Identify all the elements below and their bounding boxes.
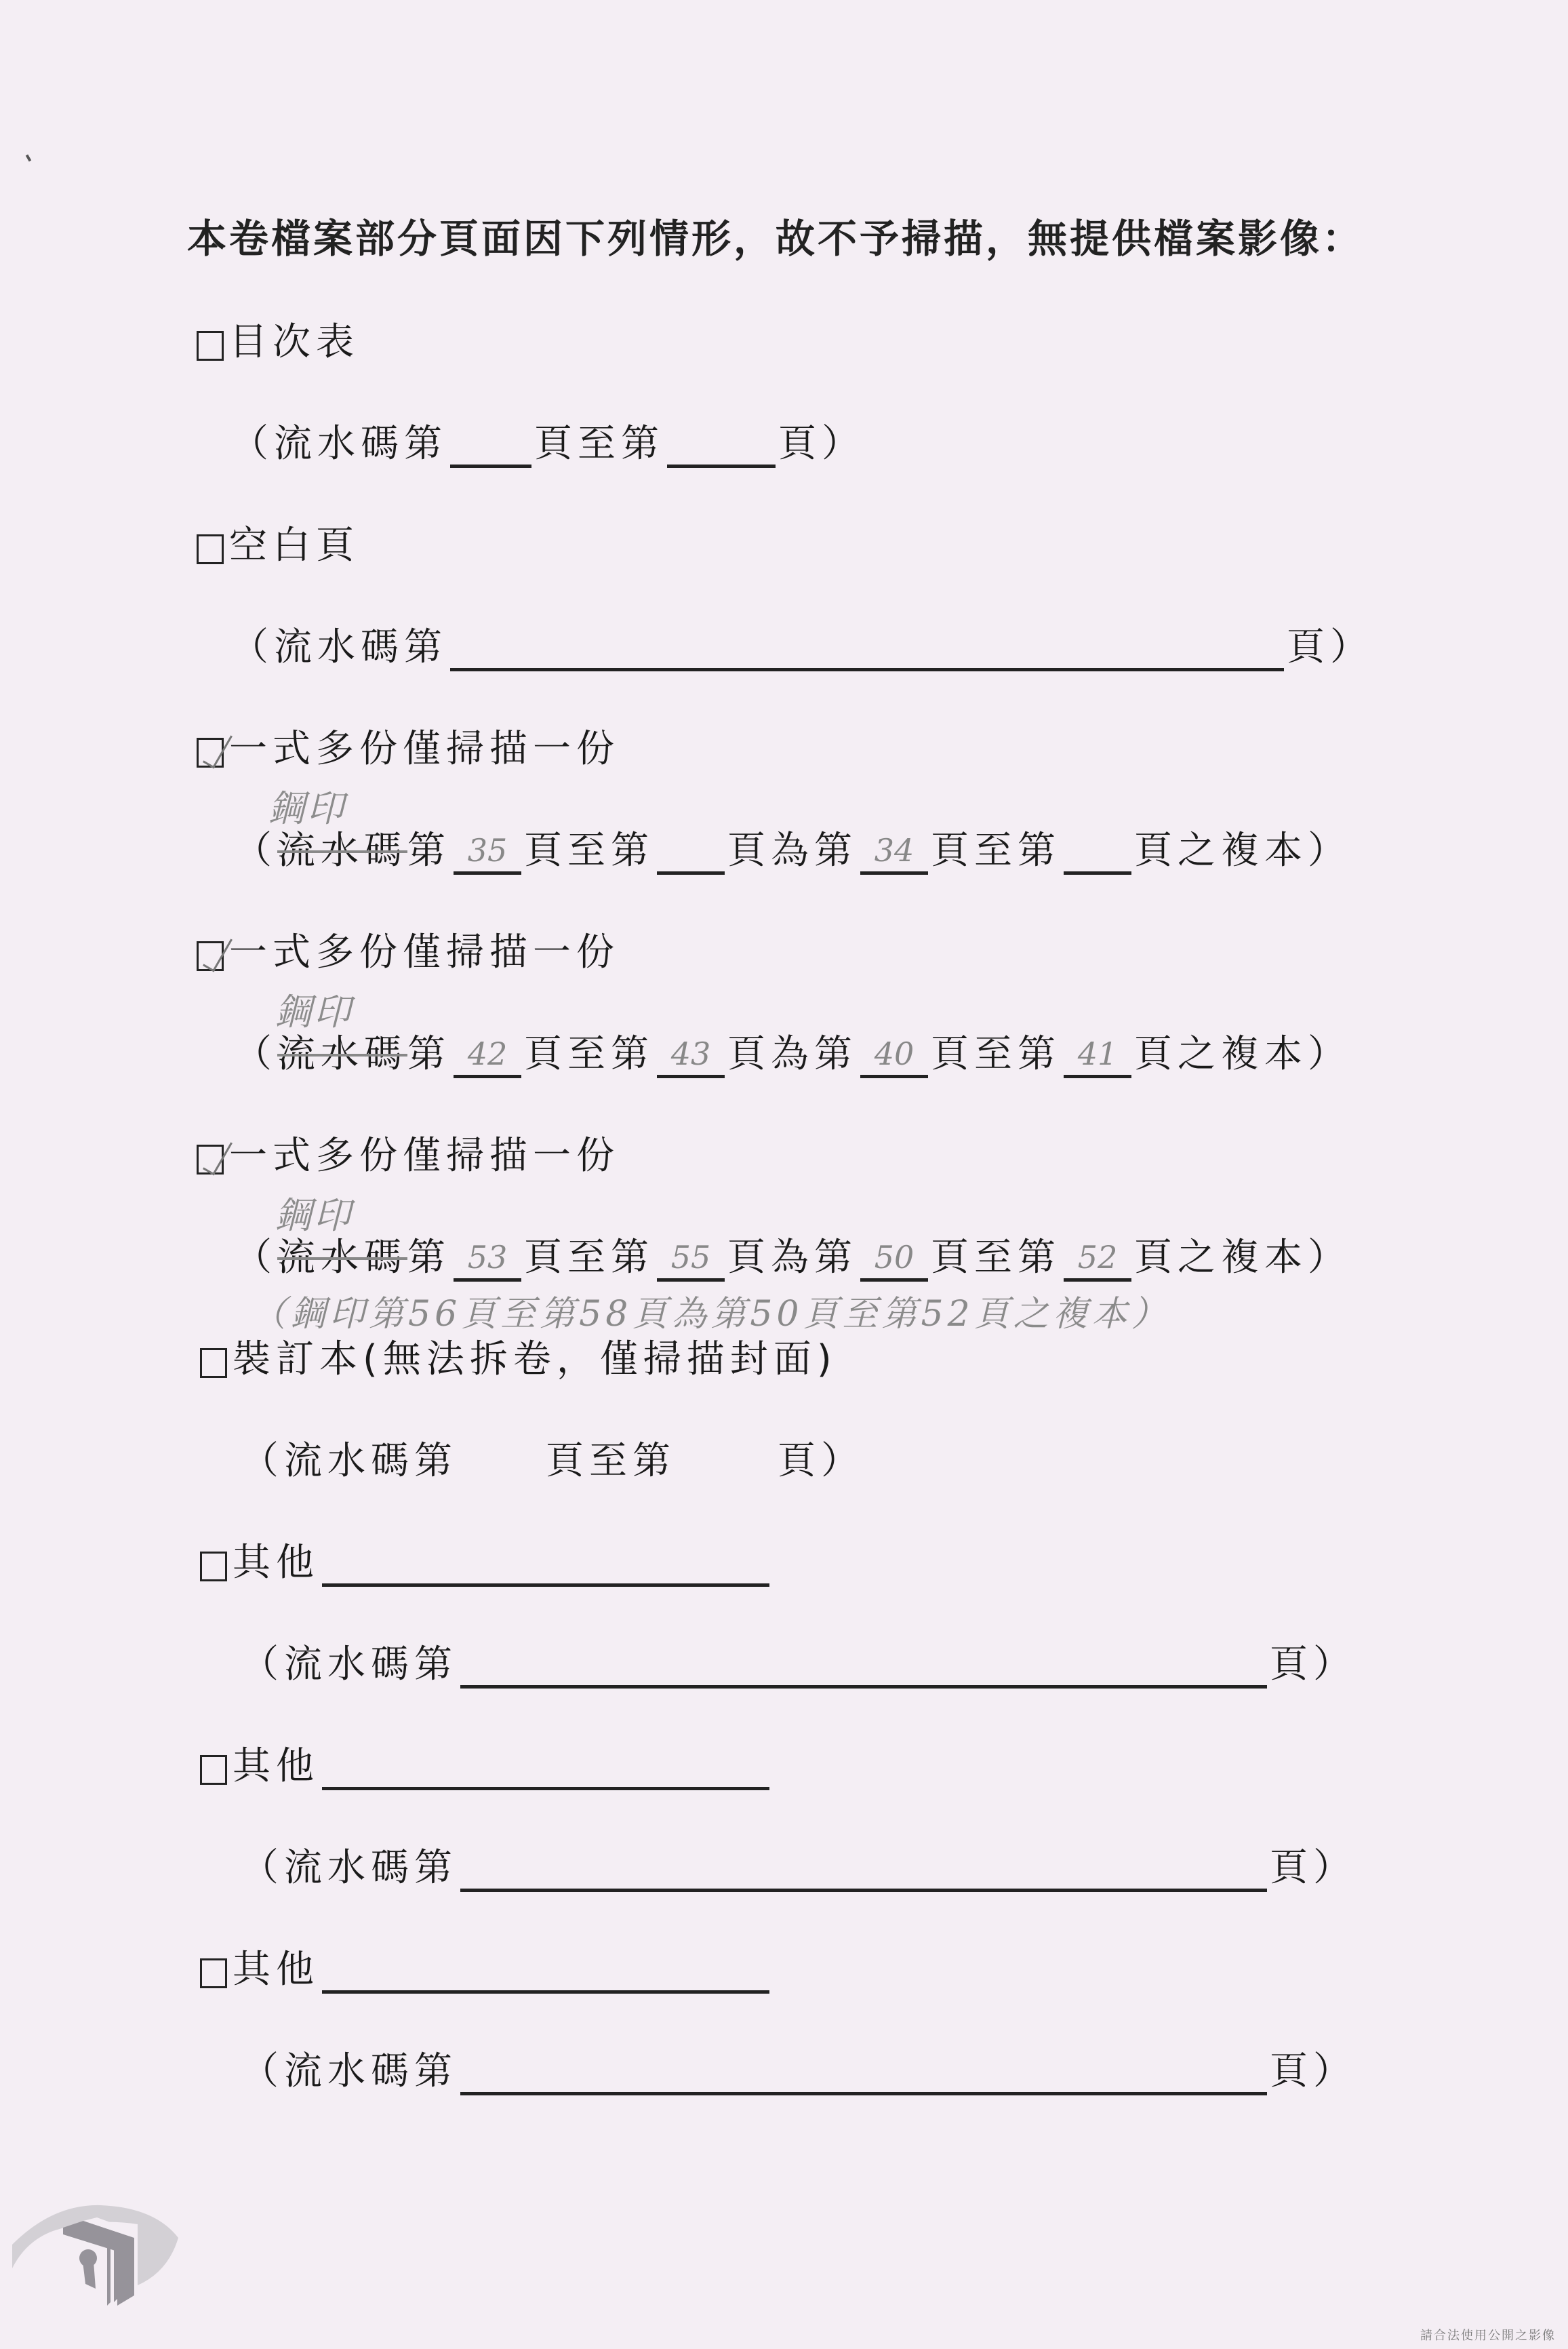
section-blank-pages: 空白頁 xyxy=(197,515,359,570)
pages-field[interactable] xyxy=(460,2054,1267,2095)
other-reason-field[interactable] xyxy=(322,1952,769,1994)
serial-line-toc: （流水碼第 頁至第 頁） xyxy=(230,414,865,468)
from-page-field[interactable]: 42 xyxy=(454,1037,521,1078)
orig-from-field[interactable]: 50 xyxy=(860,1240,928,1282)
pages-field[interactable] xyxy=(460,1851,1267,1892)
section-multi-copy-1: 一式多份僅掃描一份 xyxy=(197,719,620,773)
scan-speck xyxy=(26,155,31,162)
copy-line-3: （ 流水碼 第 53 頁至第 55 頁為第 50 頁至第 52 頁之複本） xyxy=(234,1227,1351,1282)
section-multi-copy-2: 一式多份僅掃描一份 xyxy=(197,922,620,976)
from-page-field[interactable]: 53 xyxy=(454,1240,521,1282)
to-page-field[interactable] xyxy=(657,833,725,875)
checkbox-multi-copy-1[interactable] xyxy=(197,738,224,768)
copy-line-2: （ 流水碼 第 42 頁至第 43 頁為第 40 頁至第 41 頁之複本） xyxy=(234,1024,1351,1078)
serial-line-other-3: （流水碼第 頁） xyxy=(241,2041,1356,2095)
checkbox-other-3[interactable] xyxy=(200,1958,227,1988)
to-page-field[interactable]: 43 xyxy=(657,1037,725,1078)
orig-from-field[interactable]: 34 xyxy=(860,833,928,875)
archives-logo-icon xyxy=(12,2204,182,2306)
serial-line-other-2: （流水碼第 頁） xyxy=(241,1838,1356,1892)
section-other-2: 其他 xyxy=(200,1736,772,1790)
section-label: 裝訂本(無法拆卷，僅掃描封面) xyxy=(233,1329,837,1383)
checkbox-other-2[interactable] xyxy=(200,1755,227,1785)
to-page-field[interactable] xyxy=(667,427,776,468)
checkbox-multi-copy-2[interactable] xyxy=(197,941,224,971)
checkbox-multi-copy-3[interactable] xyxy=(197,1145,224,1174)
section-bound-volume: 裝訂本(無法拆卷，僅掃描封面) xyxy=(200,1329,837,1383)
other-reason-field[interactable] xyxy=(322,1545,769,1587)
checkbox-toc[interactable] xyxy=(197,331,224,361)
orig-from-field[interactable]: 40 xyxy=(860,1037,928,1078)
scanned-page: 本卷檔案部分頁面因下列情形，故不予掃描，無提供檔案影像： 目次表 （流水碼第 頁… xyxy=(0,0,1568,2349)
other-reason-field[interactable] xyxy=(322,1749,769,1790)
section-label: 一式多份僅掃描一份 xyxy=(229,922,620,976)
section-label: 一式多份僅掃描一份 xyxy=(229,719,620,773)
checkbox-bound-volume[interactable] xyxy=(200,1348,227,1378)
serial-line-other-1: （流水碼第 頁） xyxy=(241,1634,1356,1689)
orig-to-field[interactable]: 52 xyxy=(1064,1240,1131,1282)
pages-field[interactable] xyxy=(450,630,1284,671)
handwritten-extra-note: （鋼印第56頁至第58頁為第50頁至第52頁之複本） xyxy=(251,1285,1171,1336)
section-multi-copy-3: 一式多份僅掃描一份 xyxy=(197,1126,620,1180)
watermark-text: 請合法使用公開之影像 xyxy=(1420,2326,1556,2344)
copy-line-1: （ 流水碼 第 35 頁至第 頁為第 34 頁至第 頁之複本） xyxy=(234,821,1351,875)
page-title: 本卷檔案部分頁面因下列情形，故不予掃描，無提供檔案影像： xyxy=(187,207,1364,264)
orig-to-field[interactable] xyxy=(1064,833,1131,875)
pages-field[interactable] xyxy=(460,1647,1267,1689)
section-other-3: 其他 xyxy=(200,1939,772,1994)
to-page-field[interactable]: 55 xyxy=(657,1240,725,1282)
serial-line-bound: （流水碼第 頁至第 頁） xyxy=(241,1431,864,1485)
from-page-field[interactable]: 35 xyxy=(454,833,521,875)
checkbox-blank-pages[interactable] xyxy=(197,534,224,564)
section-label: 空白頁 xyxy=(229,515,359,570)
section-label: 目次表 xyxy=(229,312,359,366)
section-label: 一式多份僅掃描一份 xyxy=(229,1126,620,1180)
section-other-1: 其他 xyxy=(200,1533,772,1587)
checkbox-other-1[interactable] xyxy=(200,1552,227,1581)
orig-to-field[interactable]: 41 xyxy=(1064,1037,1131,1078)
section-label: 其他 xyxy=(233,1533,319,1587)
section-toc: 目次表 xyxy=(197,312,359,366)
section-label: 其他 xyxy=(233,1939,319,1994)
from-page-field[interactable] xyxy=(450,427,531,468)
section-label: 其他 xyxy=(233,1736,319,1790)
serial-line-blank: （流水碼第 頁） xyxy=(230,617,1373,671)
